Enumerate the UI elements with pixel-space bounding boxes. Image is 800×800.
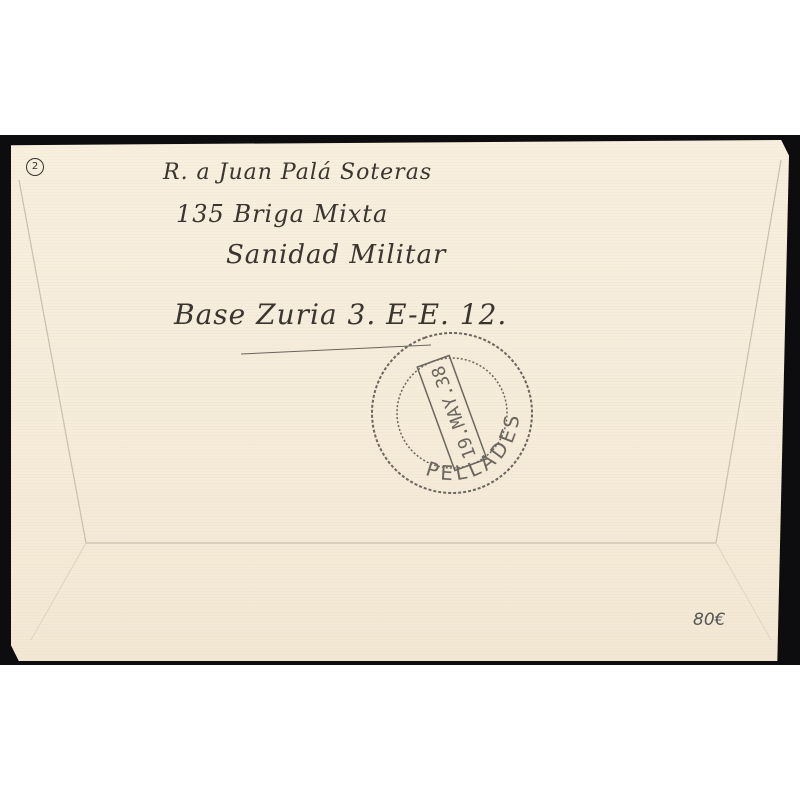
corner-number-mark: 2 xyxy=(26,158,44,176)
postmark: 19.MAY.38 PELLADES xyxy=(367,328,537,498)
sender-line-1: R. a Juan Palá Soteras xyxy=(163,160,432,185)
sender-line-4: Base Zuria 3. E-E. 12. xyxy=(174,298,507,331)
sender-line-3: Sanidad Militar xyxy=(226,240,446,270)
postmark-date: 19.MAY.38 xyxy=(428,363,481,462)
pencil-price-note: 80€ xyxy=(693,610,725,630)
envelope-back: 2 R. a Juan Palá Soteras 135 Briga Mixta… xyxy=(11,140,789,661)
sender-line-2: 135 Briga Mixta xyxy=(176,200,388,228)
